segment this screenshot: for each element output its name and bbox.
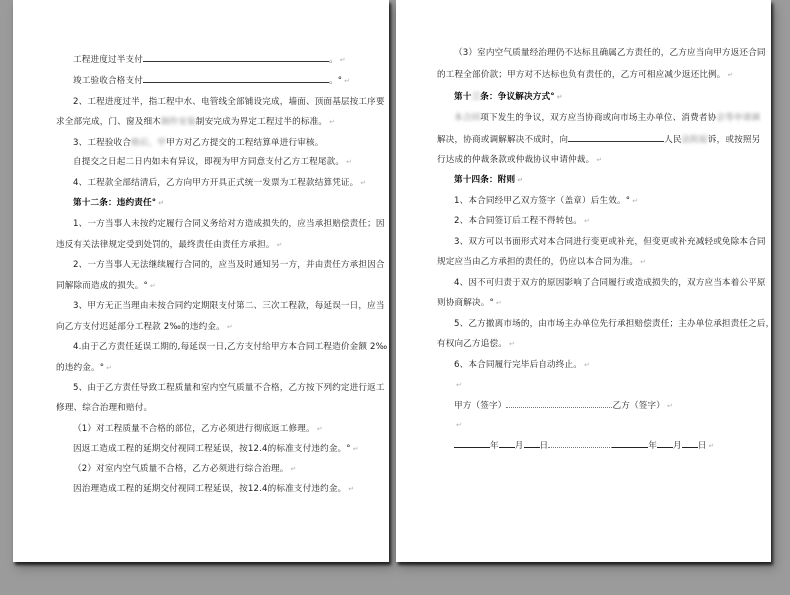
empty-line: ↵ — [454, 420, 462, 431]
text: 4、因不可归责于双方的原因影响了合同履行或造成损失的，双方应当本着公平原 — [454, 278, 766, 288]
paragraph-line: 本合同项下发生的争议，双方应当协商或向市场主办单位、消费者协会等申请调 — [454, 113, 760, 124]
text: 解决，协商或调解解决不成时，向 — [437, 135, 568, 145]
text: （3）室内空气质量经治理仍不达标且确属乙方责任的，乙方应当向甲方返还合同 — [454, 48, 766, 58]
blurred-text: 三 — [472, 92, 481, 102]
text: 2、工程进度过半，指工程中水、电管线全部铺设完成，墙面、顶面基层按工序要 — [73, 97, 385, 107]
fill-line — [143, 54, 329, 62]
text: 3、工程验收合 — [73, 138, 131, 148]
paragraph-line: 修理、综合治理和赔付。 — [56, 403, 152, 414]
text: 1、一方当事人未按约定履行合同义务给对方造成损失的，应当承担赔偿责任；因 — [73, 219, 385, 229]
paragraph-mark-icon: ↵ — [709, 442, 715, 450]
dotted-leader — [506, 400, 612, 408]
signature-line: 甲方（签字）乙方（签字）↵ — [454, 400, 673, 412]
paragraph-line: 2、一方当事人无法继续履行合同的，应当及时通知另一方，并由责任方承担因合 — [73, 260, 385, 271]
text: 因治理造成工程的延期交付视同工程延误，按12.4的标准支付违约金。 — [73, 484, 346, 494]
paragraph-mark-icon: ↵ — [348, 485, 354, 493]
blurred-text: 会等申请调 — [716, 113, 760, 123]
text: （2）对室内空气质量不合格，乙方必须进行综合治理。 — [73, 464, 288, 474]
text: 人民 — [664, 135, 682, 145]
paragraph-line: 同解除而造成的损失。°↵ — [56, 281, 156, 292]
paragraph-line: 1、本合同经甲乙双方签字（盖章）后生效。°↵ — [454, 196, 638, 207]
date-line: 年月日年月日↵ — [454, 440, 715, 452]
heading-text: 第十四条：附则 — [454, 175, 515, 185]
text: 4、工程款全部结清后，乙方向甲方开具正式统一发票为工程款结算凭证。 — [73, 178, 358, 188]
paragraph-line: 2、工程进度过半，指工程中水、电管线全部铺设完成，墙面、顶面基层按工序要 — [73, 97, 385, 108]
text: 规定应当由乙方承担的责任的，仍应以本合同为准。 — [437, 257, 638, 267]
section-heading-article-12: 第十二条：违约责任°↵ — [73, 198, 164, 209]
text: （1）对工程质量不合格的部位，乙方必须进行彻底返工修理。 — [73, 424, 315, 434]
paragraph-line: 违反有关法律规定受到处罚的，最终责任由责任方承担。↵ — [56, 240, 283, 251]
section-heading-article-14: 第十四条：附则↵ — [454, 175, 523, 186]
text: 。 — [329, 55, 338, 65]
paragraph-line: 3、工程验收合格后，甲甲方对乙方提交的工程结算单进行审核。 — [73, 138, 323, 149]
paragraph-mark-icon: ↵ — [106, 364, 112, 372]
paragraph-mark-icon: ↵ — [596, 156, 602, 164]
paragraph-line: 的工程全部价款；甲方对不达标也负有责任的，乙方可相应减少返还比例。↵ — [437, 70, 734, 81]
text: 制安完成为界定工程过半的标准。 — [196, 117, 327, 127]
dotted-leader — [548, 440, 612, 448]
paragraph-line: 5、乙方撤离市场的，由市场主办单位先行承担赔偿责任；主办单位承担责任之后， — [454, 319, 774, 330]
paragraph-mark-icon: ↵ — [667, 402, 673, 410]
paragraph-mark-icon: ↵ — [227, 323, 233, 331]
party-b-day-blank — [682, 440, 698, 448]
empty-line: ↵ — [454, 380, 462, 391]
paragraph-line: 有权向乙方追偿。↵ — [437, 339, 515, 350]
paragraph-mark-icon: ↵ — [517, 176, 523, 184]
paragraph-line: 因返工造成工程的延期交付视同工程延误，按12.4的标准支付违约金。°↵ — [73, 444, 359, 455]
paragraph-mark-icon: ↵ — [632, 197, 638, 205]
paragraph-line: 规定应当由乙方承担的责任的，仍应以本合同为准。↵ — [437, 257, 646, 268]
text: 修理、综合治理和赔付。 — [56, 403, 152, 413]
text: 有权向乙方追偿。 — [437, 339, 507, 349]
heading-text: 第十二条：违约责任° — [73, 198, 156, 208]
document-page-left: 工程进度过半支付。↵ 竣工验收合格支付。°↵ 2、工程进度过半，指工程中水、电管… — [13, 0, 389, 562]
paragraph-mark-icon: ↵ — [456, 381, 462, 389]
text: 则协商解决。° — [437, 298, 494, 308]
text: 的违约金。° — [56, 363, 104, 373]
paragraph-line: 则协商解决。°↵ — [437, 298, 502, 309]
paragraph-mark-icon: ↵ — [456, 421, 462, 429]
paragraph-line: （1）对工程质量不合格的部位，乙方必须进行彻底返工修理。↵ — [73, 424, 323, 435]
text: 因返工造成工程的延期交付视同工程延误，按12.4的标准支付违约金。° — [73, 444, 351, 454]
payment-line-completion: 竣工验收合格支付。°↵ — [73, 75, 350, 87]
text: 1、本合同经甲乙双方签字（盖章）后生效。° — [454, 196, 630, 206]
year-label: 年 — [648, 441, 657, 451]
text: 行达成的仲裁条款或仲裁协议申请仲裁。 — [437, 155, 594, 165]
paragraph-mark-icon: ↵ — [344, 77, 350, 85]
paragraph-mark-icon: ↵ — [150, 282, 156, 290]
paragraph-mark-icon: ↵ — [277, 241, 283, 249]
text: 竣工验收合格支付 — [73, 76, 143, 86]
text: 的工程全部价款；甲方对不达标也负有责任的，乙方可相应减少返还比例。 — [437, 70, 726, 80]
blurred-text: 法院起 — [682, 135, 708, 145]
text: 自提交之日起二日内如未有异议，即视为甲方同意支付乙方工程尾款。 — [73, 157, 344, 167]
paragraph-mark-icon: ↵ — [728, 71, 734, 79]
paragraph-line: 4.由于乙方责任延误工期的,每延误一日,乙方支付给甲方本合同工程造价金额 2‰ — [73, 342, 387, 353]
paragraph-line: 因治理造成工程的延期交付视同工程延误，按12.4的标准支付违约金。↵ — [73, 484, 354, 495]
text: 同解除而造成的损失。° — [56, 281, 148, 291]
party-a-month-blank — [499, 440, 515, 448]
paragraph-mark-icon: ↵ — [509, 340, 515, 348]
fill-line — [143, 75, 329, 83]
text: 3、双方可以书面形式对本合同进行变更或补充，但变更或补充减轻或免除本合同 — [454, 237, 766, 247]
text: 4.由于乙方责任延误工期的,每延误一日,乙方支付给甲方本合同工程造价金额 2‰ — [73, 342, 387, 352]
month-label: 月 — [515, 441, 524, 451]
paragraph-mark-icon: ↵ — [290, 465, 296, 473]
paragraph-mark-icon: ↵ — [496, 299, 502, 307]
year-label: 年 — [490, 441, 499, 451]
party-b-month-blank — [657, 440, 673, 448]
text: 5、乙方撤离市场的，由市场主办单位先行承担赔偿责任；主办单位承担责任之后， — [454, 319, 774, 329]
party-b-signature-label: 乙方（签字） — [612, 401, 664, 411]
text: 向乙方支付迟延部分工程款 2‰的违约金。 — [56, 322, 225, 332]
month-label: 月 — [673, 441, 682, 451]
text: 3、甲方无正当理由未按合同约定期限支付第二、三次工程款，每延误一日，应当 — [73, 301, 385, 311]
heading-text: 条：争议解决方式° — [480, 92, 554, 102]
party-a-signature-label: 甲方（签字） — [454, 401, 506, 411]
paragraph-mark-icon: ↵ — [584, 217, 590, 225]
paragraph-mark-icon: ↵ — [346, 158, 352, 166]
document-page-right: （3）室内空气质量经治理仍不达标且确属乙方责任的，乙方应当向甲方返还合同 的工程… — [396, 0, 771, 562]
paragraph-mark-icon: ↵ — [360, 179, 366, 187]
text: 6、本合同履行完毕后自动终止。 — [454, 360, 582, 370]
paragraph-mark-icon: ↵ — [584, 361, 590, 369]
text: 求全部完成，门、窗及细木 — [56, 117, 161, 127]
blurred-text: 本合同 — [454, 113, 480, 123]
party-a-day-blank — [524, 440, 540, 448]
paragraph-mark-icon: ↵ — [158, 199, 164, 207]
text: 工程进度过半支付 — [73, 55, 143, 65]
payment-line-midway: 工程进度过半支付。↵ — [73, 54, 346, 66]
paragraph-line: （2）对室内空气质量不合格，乙方必须进行综合治理。↵ — [73, 464, 296, 475]
blurred-text: 格后，甲 — [131, 138, 166, 148]
text: 项下发生的争议，双方应当协商或向市场主办单位、消费者协 — [480, 113, 716, 123]
paragraph-line: 1、一方当事人未按约定履行合同义务给对方造成损失的，应当承担赔偿责任；因 — [73, 219, 385, 230]
paragraph-line: 5、由于乙方责任导致工程质量和室内空气质量不合格，乙方按下列约定进行返工 — [73, 383, 385, 394]
paragraph-line: 3、甲方无正当理由未按合同约定期限支付第二、三次工程款，每延误一日，应当 — [73, 301, 385, 312]
party-a-year-blank — [454, 440, 490, 448]
paragraph-line: 求全部完成，门、窗及细木制作安装制安完成为界定工程过半的标准。↵ — [56, 117, 335, 128]
paragraph-line: （3）室内空气质量经治理仍不达标且确属乙方责任的，乙方应当向甲方返还合同 — [454, 48, 766, 59]
text: 5、由于乙方责任导致工程质量和室内空气质量不合格，乙方按下列约定进行返工 — [73, 383, 385, 393]
paragraph-line: 行达成的仲裁条款或仲裁协议申请仲裁。↵ — [437, 155, 602, 166]
paragraph-line: 6、本合同履行完毕后自动终止。↵ — [454, 360, 590, 371]
paragraph-line: 2、本合同签订后工程不得转包。↵ — [454, 216, 590, 227]
paragraph-mark-icon: ↵ — [640, 258, 646, 266]
text: 违反有关法律规定受到处罚的，最终责任由责任方承担。 — [56, 240, 275, 250]
text: 。° — [329, 76, 342, 86]
day-label: 日 — [540, 441, 549, 451]
paragraph-mark-icon: ↵ — [329, 118, 335, 126]
paragraph-line: 的违约金。°↵ — [56, 363, 112, 374]
section-heading-article-13: 第十三条：争议解决方式°↵ — [454, 92, 563, 103]
text: 甲方对乙方提交的工程结算单进行审核。 — [166, 138, 323, 148]
paragraph-mark-icon: ↵ — [557, 93, 563, 101]
paragraph-line: 3、双方可以书面形式对本合同进行变更或补充，但变更或补充减轻或免除本合同 — [454, 237, 766, 248]
paragraph-line: 4、工程款全部结清后，乙方向甲方开具正式统一发票为工程款结算凭证。↵ — [73, 178, 366, 189]
court-name-fill-line — [568, 134, 664, 142]
heading-text: 第十 — [454, 92, 472, 102]
paragraph-line: 向乙方支付迟延部分工程款 2‰的违约金。↵ — [56, 322, 233, 333]
paragraph-mark-icon: ↵ — [340, 56, 346, 64]
paragraph-mark-icon: ↵ — [317, 425, 323, 433]
paragraph-line: 自提交之日起二日内如未有异议，即视为甲方同意支付乙方工程尾款。↵ — [73, 157, 352, 168]
paragraph-line: 4、因不可归责于双方的原因影响了合同履行或造成损失的，双方应当本着公平原 — [454, 278, 766, 289]
paragraph-line: 解决，协商或调解解决不成时，向人民法院起诉，或按照另 — [437, 134, 760, 146]
day-label: 日 — [698, 441, 707, 451]
text: 诉，或按照另 — [708, 135, 760, 145]
paragraph-mark-icon: ↵ — [353, 445, 359, 453]
text: 2、一方当事人无法继续履行合同的，应当及时通知另一方，并由责任方承担因合 — [73, 260, 385, 270]
party-b-year-blank — [612, 440, 648, 448]
text: 2、本合同签订后工程不得转包。 — [454, 216, 582, 226]
blurred-text: 制作安装 — [161, 117, 196, 127]
